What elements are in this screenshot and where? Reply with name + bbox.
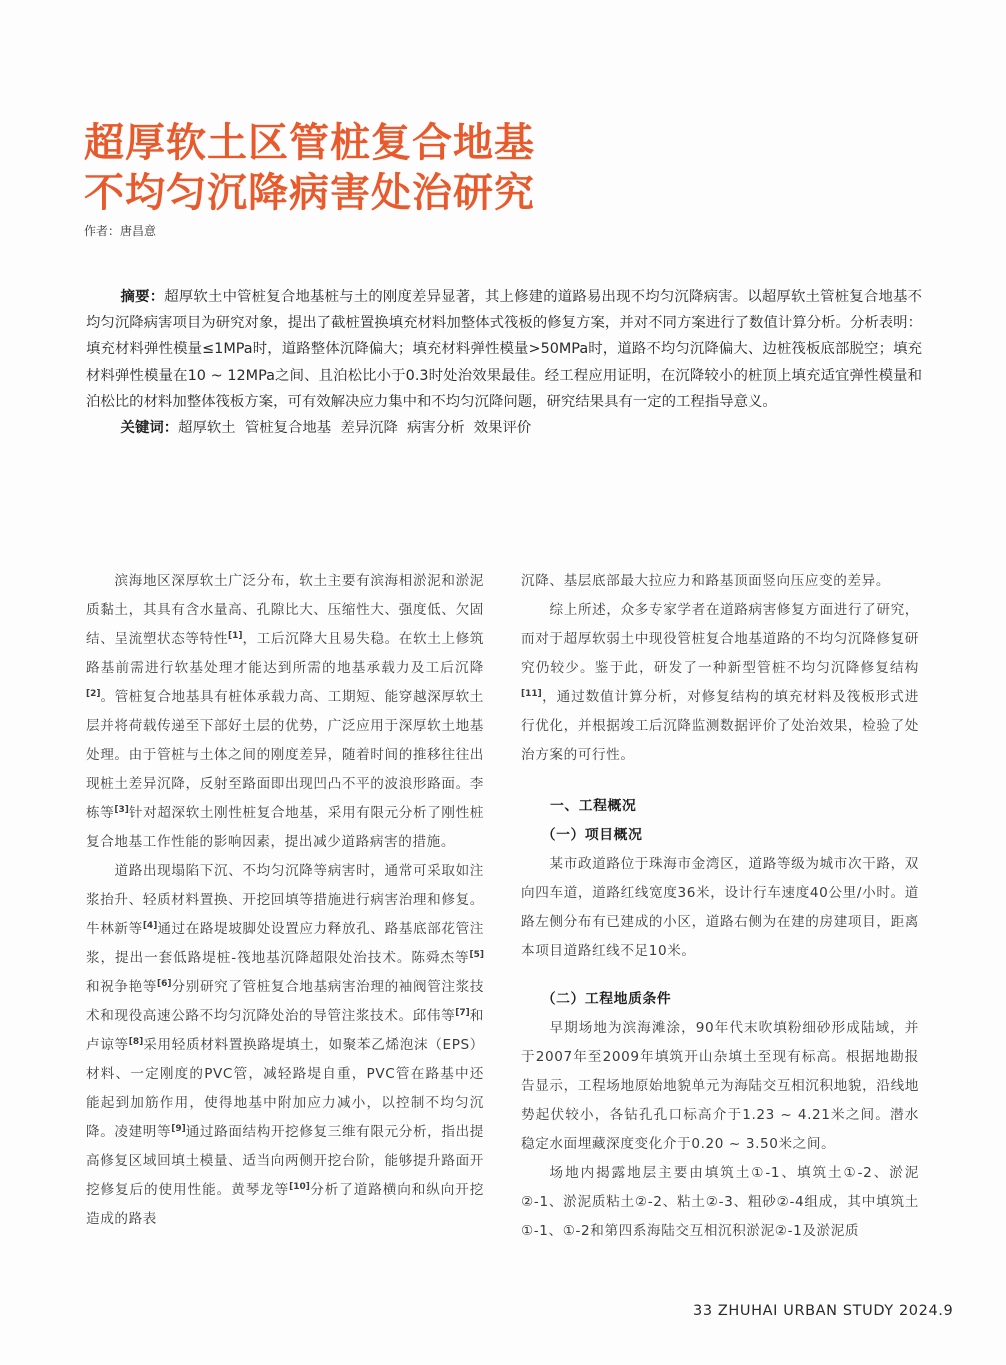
body-column-left: 滨海地区深厚软土广泛分布，软土主要有滨海相淤泥和淤泥质黏土，其具有含水量高、孔隙… bbox=[86, 567, 484, 1234]
page-number: 33 bbox=[693, 1303, 713, 1319]
citation-ref: [3] bbox=[114, 805, 129, 815]
subsection-heading: （一）项目概况 bbox=[521, 821, 919, 850]
body-paragraph: 道路出现塌陷下沉、不均匀沉降等病害时，通常可采取如注浆抬升、轻质材料置换、开挖回… bbox=[86, 857, 484, 1234]
article-title: 超厚软土区管桩复合地基 不均匀沉降病害处治研究 bbox=[84, 118, 564, 218]
citation-ref: [5] bbox=[470, 950, 485, 960]
abstract-text: 超厚软土中管桩复合地基桩与土的刚度差异显著，其上修建的道路易出现不均匀沉降病害。… bbox=[86, 289, 922, 410]
keywords-label: 关键词： bbox=[121, 420, 179, 436]
journal-name: ZHUHAI URBAN STUDY bbox=[718, 1303, 894, 1319]
body-paragraph: 某市政道路位于珠海市金湾区，道路等级为城市次干路，双向四车道，道路红线宽度36米… bbox=[521, 850, 919, 966]
citation-ref: [7] bbox=[455, 1008, 470, 1018]
journal-issue: 2024.9 bbox=[899, 1303, 953, 1319]
citation-ref: [9] bbox=[171, 1124, 186, 1134]
body-paragraph: 综上所述，众多专家学者在道路病害修复方面进行了研究，而对于超厚软弱土中现役管桩复… bbox=[521, 596, 919, 770]
author-name: 唐昌意 bbox=[120, 224, 156, 238]
abstract-paragraph: 摘要：超厚软土中管桩复合地基桩与土的刚度差异显著，其上修建的道路易出现不均匀沉降… bbox=[86, 284, 922, 415]
author-label: 作者： bbox=[84, 224, 120, 238]
body-column-right: 沉降、基层底部最大拉应力和路基顶面竖向压应变的差异。 综上所述，众多专家学者在道… bbox=[521, 567, 919, 1246]
page-footer: 33 ZHUHAI URBAN STUDY 2024.9 bbox=[693, 1303, 953, 1319]
citation-ref: [2] bbox=[86, 689, 101, 699]
abstract-label: 摘要： bbox=[121, 289, 165, 305]
abstract-block: 摘要：超厚软土中管桩复合地基桩与土的刚度差异显著，其上修建的道路易出现不均匀沉降… bbox=[86, 284, 922, 441]
citation-ref: [6] bbox=[157, 979, 172, 989]
citation-ref: [8] bbox=[129, 1037, 144, 1047]
body-paragraph-continued: 沉降、基层底部最大拉应力和路基顶面竖向压应变的差异。 bbox=[521, 567, 919, 596]
citation-ref: [4] bbox=[143, 921, 158, 931]
body-paragraph: 滨海地区深厚软土广泛分布，软土主要有滨海相淤泥和淤泥质黏土，其具有含水量高、孔隙… bbox=[86, 567, 484, 857]
subsection-heading: （二）工程地质条件 bbox=[521, 985, 919, 1014]
citation-ref: [10] bbox=[289, 1182, 310, 1192]
citation-ref: [11] bbox=[521, 689, 542, 699]
keywords-paragraph: 关键词：超厚软土 管桩复合地基 差异沉降 病害分析 效果评价 bbox=[86, 415, 922, 441]
body-paragraph: 场地内揭露地层主要由填筑土①-1、填筑土①-2、淤泥②-1、淤泥质粘土②-2、粘… bbox=[521, 1159, 919, 1246]
article-title-line-1: 超厚软土区管桩复合地基 bbox=[84, 118, 564, 168]
citation-ref: [1] bbox=[228, 631, 243, 641]
keywords-text: 超厚软土 管桩复合地基 差异沉降 病害分析 效果评价 bbox=[178, 420, 531, 436]
article-title-line-2: 不均匀沉降病害处治研究 bbox=[84, 168, 564, 218]
body-paragraph: 早期场地为滨海滩涂，90年代末吹填粉细砂形成陆域，并于2007年至2009年填筑… bbox=[521, 1014, 919, 1159]
author-line: 作者：唐昌意 bbox=[84, 222, 156, 239]
section-heading: 一、工程概况 bbox=[521, 792, 919, 821]
